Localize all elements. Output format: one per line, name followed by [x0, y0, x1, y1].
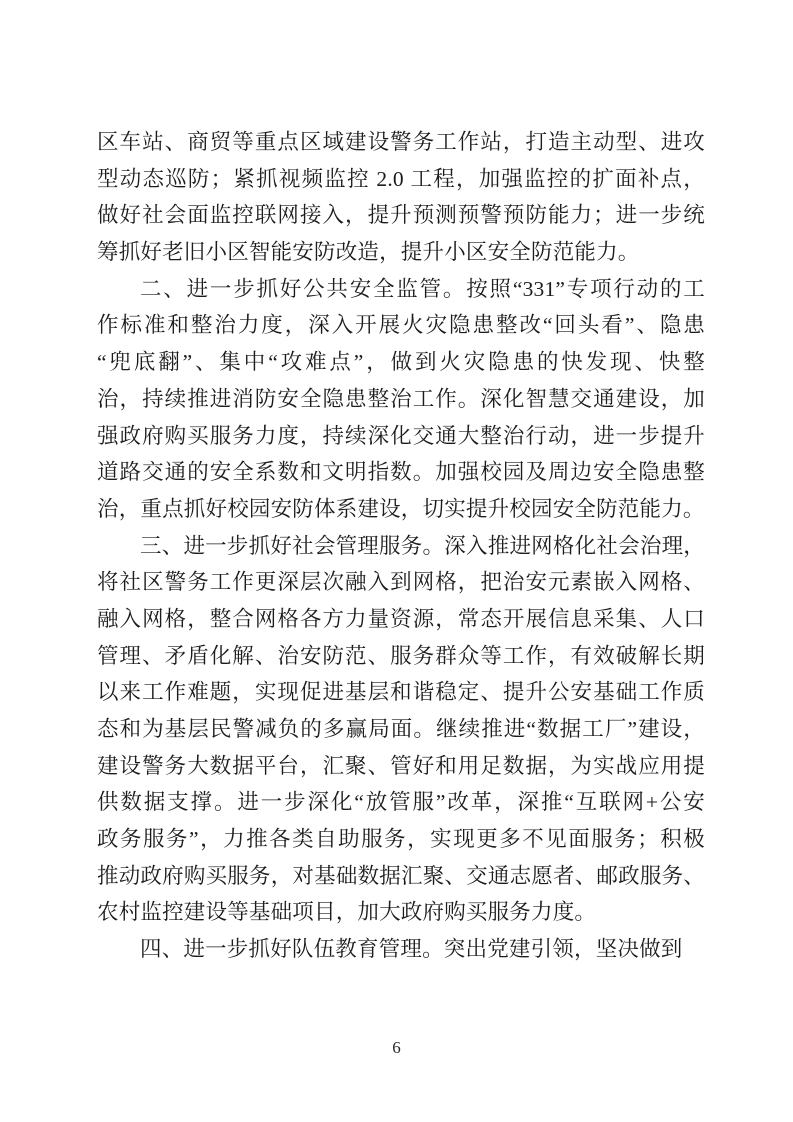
text-line: 政务服务”，力推各类自助服务，实现更多不见面服务；积极 [97, 821, 705, 858]
text-line: 作标准和整治力度，深入开展火灾隐患整改“回头看”、隐患 [97, 307, 705, 344]
text-line: 农村监控建设等基础项目，加大政府购买服务力度。 [97, 894, 705, 931]
text-line: 融入网格，整合网格各方力量资源，常态开展信息采集、人口 [97, 601, 705, 638]
text-line: 建设警务大数据平台，汇聚、管好和用足数据，为实战应用提 [97, 748, 705, 785]
text-line: 态和为基层民警减负的多赢局面。继续推进“数据工厂”建设， [97, 711, 705, 748]
text-line: 型动态巡防；紧抓视频监控 2.0 工程，加强监控的扩面补点， [97, 161, 705, 198]
document-body: 区车站、商贸等重点区域建设警务工作站，打造主动型、进攻型动态巡防；紧抓视频监控 … [97, 124, 705, 968]
text-line: 做好社会面监控联网接入，提升预测预警预防能力；进一步统 [97, 197, 705, 234]
text-line: 治，持续推进消防安全隐患整治工作。深化智慧交通建设，加 [97, 381, 705, 418]
text-line: 以来工作难题，实现促进基层和谐稳定、提升公安基础工作质 [97, 674, 705, 711]
text-line: 将社区警务工作更深层次融入到网格，把治安元素嵌入网格、 [97, 564, 705, 601]
text-line: 区车站、商贸等重点区域建设警务工作站，打造主动型、进攻 [97, 124, 705, 161]
text-line: 治，重点抓好校园安防体系建设，切实提升校园安全防范能力。 [97, 491, 705, 528]
text-line: 道路交通的安全系数和文明指数。加强校园及周边安全隐患整 [97, 454, 705, 491]
text-line: 管理、矛盾化解、治安防范、服务群众等工作，有效破解长期 [97, 638, 705, 675]
page-number: 6 [0, 1038, 793, 1058]
text-line: 二、进一步抓好公共安全监管。按照“331”专项行动的工 [97, 271, 705, 308]
text-line: 供数据支撑。进一步深化“放管服”改革，深推“互联网+公安 [97, 784, 705, 821]
text-line: 筹抓好老旧小区智能安防改造，提升小区安全防范能力。 [97, 234, 705, 271]
text-line: 强政府购买服务力度，持续深化交通大整治行动，进一步提升 [97, 418, 705, 455]
document-page: 区车站、商贸等重点区域建设警务工作站，打造主动型、进攻型动态巡防；紧抓视频监控 … [0, 0, 793, 1122]
text-line: 四、进一步抓好队伍教育管理。突出党建引领，坚决做到 [97, 931, 705, 968]
text-line: “兜底翻”、集中“攻难点”，做到火灾隐患的快发现、快整 [97, 344, 705, 381]
text-line: 推动政府购买服务，对基础数据汇聚、交通志愿者、邮政服务、 [97, 858, 705, 895]
text-line: 三、进一步抓好社会管理服务。深入推进网格化社会治理， [97, 528, 705, 565]
